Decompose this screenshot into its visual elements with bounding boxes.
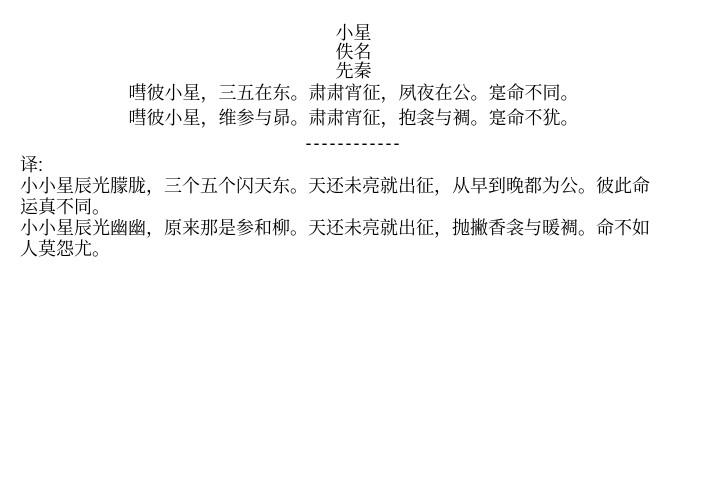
dashed-separator: ------------ bbox=[0, 134, 707, 152]
translation-section: 译: 小小星辰光朦胧，三个五个闪天东。天还未亮就出征，从早到晚都为公。彼此命运真… bbox=[0, 155, 687, 260]
poem-line-1: 嘒彼小星，三五在东。肃肃宵征，夙夜在公。寔命不同。 bbox=[0, 84, 707, 102]
translation-paragraph-2: 小小星辰光幽幽，原来那是参和柳。天还未亮就出征，抛撇香衾与暖裯。命不如人莫怨尤。 bbox=[20, 218, 667, 260]
poem-line-2: 嘒彼小星，维参与昴。肃肃宵征，抱衾与裯。寔命不犹。 bbox=[0, 109, 707, 127]
poem-title: 小星 bbox=[0, 24, 707, 43]
poem-page: 小星 佚名 先秦 嘒彼小星，三五在东。肃肃宵征，夙夜在公。寔命不同。 嘒彼小星，… bbox=[0, 0, 707, 500]
poem-body: 嘒彼小星，三五在东。肃肃宵征，夙夜在公。寔命不同。 嘒彼小星，维参与昴。肃肃宵征… bbox=[0, 84, 707, 127]
translation-paragraph-1: 小小星辰光朦胧，三个五个闪天东。天还未亮就出征，从早到晚都为公。彼此命运真不同。 bbox=[20, 176, 667, 218]
poem-dynasty: 先秦 bbox=[0, 62, 707, 81]
translation-label: 译: bbox=[20, 155, 667, 176]
poem-author: 佚名 bbox=[0, 43, 707, 62]
poem-header: 小星 佚名 先秦 bbox=[0, 24, 707, 81]
